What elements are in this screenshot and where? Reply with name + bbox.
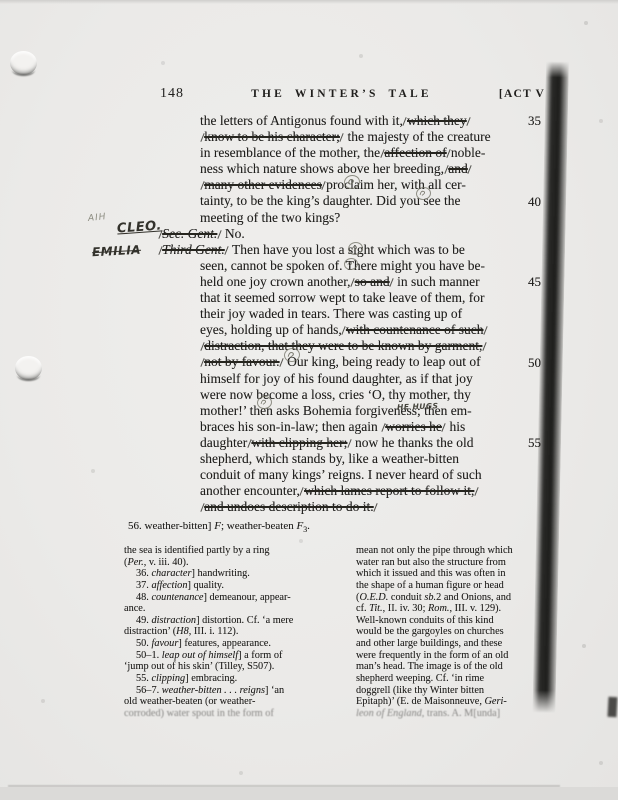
- struck-text: many other evidences: [200, 177, 326, 192]
- text-segment: would be the gargoyles on churches: [356, 626, 504, 637]
- text-segment: water ran but also the structure from: [356, 557, 506, 568]
- play-line: braces his son-in-law; then again worrie…: [200, 419, 520, 435]
- play-line: meeting of the two kings?: [200, 210, 520, 226]
- text-segment: No.: [221, 226, 244, 241]
- footnote-line: doggrell (like thy Winter bitten: [356, 685, 550, 697]
- play-line: distraction, that they were to be known …: [200, 338, 520, 354]
- play-line: eyes, holding up of hands,with countenan…: [200, 322, 520, 338]
- scan-smudge: [607, 697, 617, 717]
- text-segment: conduit of many kings’ reigns. I never h…: [200, 467, 482, 482]
- text-segment: Our king, being ready to leap out of: [284, 354, 481, 369]
- page-header: 148 THE WINTER’S TALE [ACT V: [160, 86, 545, 102]
- text-segment: countenance: [151, 592, 203, 603]
- footnote-line: 55. clipping] embracing.: [124, 673, 334, 685]
- footnote-line: water ran but also the structure from: [356, 557, 550, 569]
- struck-text: which lames report to follow it,: [300, 483, 479, 498]
- text-segment: ] ‘an: [265, 685, 284, 696]
- footnote-line: shepherd weeping. Cf. ‘in rime: [356, 673, 550, 685]
- scanned-book-page: 148 THE WINTER’S TALE [ACT V the letters…: [0, 0, 618, 800]
- footnote-line: ance.: [124, 603, 334, 615]
- text-segment: himself for joy of his found daughter, a…: [200, 371, 473, 386]
- text-segment: ] a form of: [238, 650, 282, 661]
- footnote-line: and other large buildings, and these: [356, 638, 550, 650]
- play-line: that it seemed sorrow wept to take leave…: [200, 290, 520, 306]
- text-segment: distraction’ (: [124, 626, 176, 637]
- text-segment: 56. weather-bitten]: [128, 520, 214, 532]
- handwritten-speaker-annotation-cleo: CLEO.: [117, 218, 163, 236]
- footnote-line: mean not only the pipe through which: [356, 545, 550, 557]
- text-segment: 50–1.: [136, 650, 162, 661]
- text-segment: 36.: [136, 568, 151, 579]
- text-segment: corroded) water spout in the form of: [124, 708, 274, 719]
- struck-text: with countenance of such: [342, 322, 488, 337]
- text-segment: cf.: [356, 603, 369, 614]
- scan-top-edge: [0, 0, 618, 4]
- text-segment: man’s head. The image is of the old: [356, 661, 503, 672]
- text-segment: , trans. A. M[unda]: [422, 708, 500, 719]
- struck-text: Third Gent.: [158, 242, 229, 257]
- line-number: 40: [528, 194, 552, 210]
- footnote-line: cf. Tit., II. iv. 30; Rom., III. v. 129)…: [356, 603, 550, 615]
- text-segment: leap out of himself: [162, 650, 238, 661]
- text-segment: , II. iv. 30;: [383, 603, 428, 614]
- text-segment: and other large buildings, and these: [356, 638, 502, 649]
- text-segment: now he thanks the old: [352, 435, 474, 450]
- struck-text: which they: [403, 113, 471, 128]
- play-line: conduit of many kings’ reigns. I never h…: [200, 467, 520, 483]
- struck-text: and undoes description to do it.: [200, 499, 378, 514]
- struck-text: so and: [351, 274, 394, 289]
- footnotes-left-column: the sea is identified partly by a ring(P…: [124, 545, 334, 720]
- text-segment: ] distortion. Cf. ‘a mere: [196, 615, 293, 626]
- text-segment: conduit: [388, 592, 424, 603]
- footnote-line: leon of England, trans. A. M[unda]: [356, 708, 550, 720]
- scan-bottom-strip: [0, 787, 618, 800]
- play-line: the letters of Antigonus found with it,w…: [200, 113, 520, 129]
- text-segment: leon of England: [356, 708, 422, 719]
- text-segment: their joy waded in tears. There was cast…: [200, 306, 462, 321]
- text-segment: Then have you lost a sight which was to …: [229, 242, 465, 257]
- text-segment: H8: [176, 626, 189, 637]
- collation-note: 56. weather-bitten] F; weather-beaten F3…: [128, 520, 310, 534]
- play-line: held one joy crown another,so and in suc…: [200, 274, 520, 290]
- text-segment: distraction: [151, 615, 196, 626]
- struck-text: distraction, that they were to be known …: [200, 338, 487, 353]
- text-segment: , v. iii. 40).: [144, 557, 189, 568]
- footnote-line: (Per., v. iii. 40).: [124, 557, 334, 569]
- scan-speckles: [0, 0, 2, 2]
- text-segment: noble-: [451, 145, 486, 160]
- footnote-line: 50. favour] features, appearance.: [124, 638, 334, 650]
- text-segment: which it issued and this was often in: [356, 568, 506, 579]
- footnote-line: were frequently in the form of an old: [356, 650, 550, 662]
- footnote-line: Well-known conduits of this kind: [356, 615, 550, 627]
- text-segment: were frequently in the form of an old: [356, 650, 508, 661]
- text-segment: daughter: [200, 435, 247, 450]
- text-segment: , III. v. 129).: [449, 603, 501, 614]
- text-segment: were now become a loss, cries ‘O, thy mo…: [200, 387, 471, 402]
- footnote-line: ‘jump out of his skin’ (Tilley, S507).: [124, 661, 334, 673]
- hole-punch-middle: [15, 356, 42, 380]
- play-line: tainty, to be the king’s daughter. Did y…: [200, 193, 520, 209]
- footnote-line: 50–1. leap out of himself] a form of: [124, 650, 334, 662]
- line-number: 50: [528, 355, 552, 371]
- text-segment: the majesty of the creature: [344, 129, 491, 144]
- footnote-line: (O.E.D. conduit sb.2 and Onions, and: [356, 592, 550, 604]
- struck-text: Sec. Gent.: [158, 226, 221, 241]
- text-segment: in such manner: [394, 274, 480, 289]
- play-line: Third Gent. Then have you lost a sight w…: [158, 242, 520, 258]
- text-segment: ] embracing.: [185, 673, 237, 684]
- text-segment: , III. i. 112).: [189, 626, 239, 637]
- text-segment: ] handwriting.: [191, 568, 249, 579]
- text-segment: F: [214, 520, 221, 532]
- handwritten-margin-note: AIH: [88, 212, 108, 224]
- play-line: in resemblance of the mother, theaffecti…: [200, 145, 520, 161]
- play-line: many other evidencesproclaim her, with a…: [200, 177, 520, 193]
- text-segment: 48.: [136, 592, 151, 603]
- text-segment: old weather-beaten (or weather-: [124, 696, 255, 707]
- page-number: 148: [160, 86, 184, 102]
- text-segment: braces his son-in-law; then again: [200, 419, 381, 434]
- struck-text: affection of: [380, 145, 451, 160]
- text-segment: 49.: [136, 615, 151, 626]
- footnote-line: 36. character] handwriting.: [124, 568, 334, 580]
- text-segment: ] demeanour, appear-: [204, 592, 291, 603]
- text-segment: Per.: [127, 557, 143, 568]
- running-title: THE WINTER’S TALE: [251, 88, 432, 100]
- text-segment: the shape of a human figure or head: [356, 580, 504, 591]
- text-segment: in resemblance of the mother, the: [200, 145, 380, 160]
- text-segment: Tit.: [369, 603, 382, 614]
- play-line: know to be his character; the majesty of…: [200, 129, 520, 145]
- footnote-line: which it issued and this was often in: [356, 568, 550, 580]
- text-segment: clipping: [151, 673, 185, 684]
- text-segment: O.E.D.: [359, 592, 388, 603]
- footnotes-right-column: mean not only the pipe through whichwate…: [356, 545, 550, 720]
- play-line: and undoes description to do it.: [200, 499, 520, 515]
- text-segment: Well-known conduits of this kind: [356, 615, 494, 626]
- play-text: the letters of Antigonus found with it,w…: [200, 113, 520, 515]
- text-segment: .: [307, 520, 310, 532]
- act-header: [ACT V: [499, 88, 545, 100]
- text-segment: 2 and Onions, and: [436, 592, 511, 603]
- footnote-line: Epitaph)’ (E. de Maisonneuve, Geri-: [356, 696, 550, 708]
- text-segment: that it seemed sorrow wept to take leave…: [200, 290, 485, 305]
- text-segment: another encounter,: [200, 483, 300, 498]
- play-line: were now become a loss, cries ‘O, thy mo…: [200, 387, 520, 403]
- line-number: 45: [528, 274, 552, 290]
- play-line: daughterwith clipping her; now he thanks…: [200, 435, 520, 451]
- line-number: 55: [528, 435, 552, 451]
- footnote-line: corroded) water spout in the form of: [124, 708, 334, 720]
- play-line: mother!’ then asks Bohemia forgiveness; …: [200, 403, 520, 419]
- footnote-line: old weather-beaten (or weather-: [124, 696, 334, 708]
- text-segment: 55.: [136, 673, 151, 684]
- play-line: not by favour. Our king, being ready to …: [200, 354, 520, 370]
- play-line: Sec. Gent. No.: [158, 226, 520, 242]
- text-segment: Epitaph)’ (E. de Maisonneuve,: [356, 696, 484, 707]
- play-line: another encounter,which lames report to …: [200, 483, 520, 499]
- footnote-line: 48. countenance] demeanour, appear-: [124, 592, 334, 604]
- text-segment: his: [446, 419, 465, 434]
- text-segment: Rom.: [428, 603, 449, 614]
- footnote-line: the sea is identified partly by a ring: [124, 545, 334, 557]
- text-segment: sb.: [424, 592, 436, 603]
- text-segment: affection: [151, 580, 187, 591]
- footnote-line: man’s head. The image is of the old: [356, 661, 550, 673]
- text-segment: ance.: [124, 603, 145, 614]
- text-segment: 37.: [136, 580, 151, 591]
- handwritten-speaker-annotation-emilia: EMILIA: [92, 243, 142, 260]
- struck-text: and: [444, 161, 472, 176]
- struck-text: know to be his character;: [200, 129, 344, 144]
- hole-punch-top: [10, 51, 37, 75]
- text-segment: shepherd, which stands by, like a weathe…: [200, 451, 459, 466]
- text-segment: shepherd weeping. Cf. ‘in rime: [356, 673, 484, 684]
- handwritten-stage-note: HE HUGS: [397, 401, 439, 411]
- text-segment: weather-bitten . . . reigns: [162, 685, 265, 696]
- text-segment: Geri-: [484, 696, 506, 707]
- text-segment: meeting of the two kings?: [200, 210, 340, 225]
- text-segment: character: [151, 568, 191, 579]
- text-segment: the letters of Antigonus found with it,: [200, 113, 403, 128]
- play-line: seen, cannot be spoken of. There might y…: [200, 258, 520, 274]
- text-segment: 56–7.: [136, 685, 162, 696]
- text-segment: doggrell (like thy Winter bitten: [356, 685, 484, 696]
- footnote-line: 49. distraction] distortion. Cf. ‘a mere: [124, 615, 334, 627]
- text-segment: ] features, appearance.: [178, 638, 271, 649]
- text-segment: favour: [151, 638, 178, 649]
- footnote-line: distraction’ (H8, III. i. 112).: [124, 626, 334, 638]
- struck-text: worries he: [381, 419, 446, 434]
- text-segment: ; weather-beaten: [221, 520, 297, 532]
- footnote-line: the shape of a human figure or head: [356, 580, 550, 592]
- text-segment: ] quality.: [187, 580, 224, 591]
- text-segment: ness which nature shows above her breedi…: [200, 161, 444, 176]
- text-segment: 50.: [136, 638, 151, 649]
- play-line: their joy waded in tears. There was cast…: [200, 306, 520, 322]
- struck-text: not by favour.: [200, 354, 284, 369]
- line-number: 35: [528, 113, 552, 129]
- text-segment: held one joy crown another,: [200, 274, 351, 289]
- text-segment: seen, cannot be spoken of. There might y…: [200, 258, 485, 273]
- text-segment: mean not only the pipe through which: [356, 545, 513, 556]
- text-segment: the sea is identified partly by a ring: [124, 545, 270, 556]
- footnote-line: would be the gargoyles on churches: [356, 626, 550, 638]
- footnote-line: 37. affection] quality.: [124, 580, 334, 592]
- struck-text: with clipping her;: [247, 435, 351, 450]
- footnote-line: 56–7. weather-bitten . . . reigns] ‘an: [124, 685, 334, 697]
- play-line: ness which nature shows above her breedi…: [200, 161, 520, 177]
- play-line: himself for joy of his found daughter, a…: [200, 371, 520, 387]
- text-segment: eyes, holding up of hands,: [200, 322, 342, 337]
- play-line: shepherd, which stands by, like a weathe…: [200, 451, 520, 467]
- text-segment: ‘jump out of his skin’ (Tilley, S507).: [124, 661, 274, 672]
